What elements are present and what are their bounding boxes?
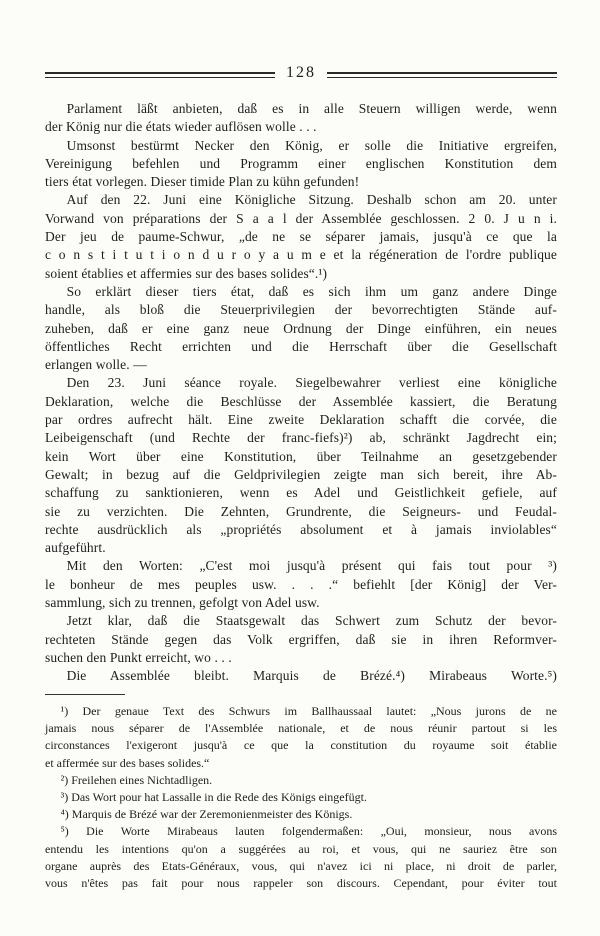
text-line: schaffung zu sanktionieren, wenn es Adel… [45,484,557,502]
text-line: handle, als bloß die Steuerprivilegien d… [45,301,557,319]
page-header: 128 [45,67,557,83]
text-line: Gewalt; in bezug auf die Geldprivilegien… [45,466,557,484]
paragraph: Auf den 22. Juni eine Königliche Sitzung… [45,191,557,282]
main-text: Parlament läßt anbieten, daß es in alle … [45,100,557,686]
text-line: ¹) Der genaue Text des Schwurs im Ballha… [45,703,557,720]
text-line: öffentliches Recht errichten und die Her… [45,338,557,356]
text-line: Umsonst bestürmt Necker den König, er so… [45,137,557,155]
page-number: 128 [286,65,316,81]
text-line: Vorwand von préparations der S a a l der… [45,210,557,228]
footnote: ²) Freilehen eines Nichtadligen. [45,772,557,789]
text-line: soient établies et affermies sur des bas… [45,265,557,283]
text-line: organe auprès des Etats-Généraux, vous, … [45,858,557,875]
header-rule-right [327,72,557,78]
text-line: rechteten Stände gegen das Volk ergriffe… [45,631,557,649]
text-line: le bonheur de mes peuples usw. . . .“ be… [45,576,557,594]
text-line: Deklaration, welche die Beschlüsse der A… [45,393,557,411]
footnote: ⁴) Marquis de Brézé war der Zeremonienme… [45,806,557,823]
header-rule-left [45,72,275,78]
text-line: entendu les intentions qu'on a suggérées… [45,841,557,858]
text-line: kein Wort über eine Konstitution, über T… [45,448,557,466]
text-line: ⁴) Marquis de Brézé war der Zeremonienme… [45,806,557,823]
paragraph: Die Assemblée bleibt. Marquis de Brézé.⁴… [45,667,557,685]
text-line: Jetzt klar, daß die Staatsgewalt das Sch… [45,612,557,630]
text-line: ³) Das Wort pour hat Lassalle in die Red… [45,789,557,806]
text-line: circonstances l'exigeront jusqu'à ce que… [45,737,557,754]
text-line: par ordres aufrecht hält. Eine zweite De… [45,411,557,429]
paragraph: Jetzt klar, daß die Staatsgewalt das Sch… [45,612,557,667]
text-line: ²) Freilehen eines Nichtadligen. [45,772,557,789]
text-line: sammlung, sich zu trennen, gefolgt von A… [45,594,557,612]
text-line: Auf den 22. Juni eine Königliche Sitzung… [45,191,557,209]
paragraph: Mit den Worten: „C'est moi jusqu'à prése… [45,557,557,612]
text-line: jamais nous séparer de l'Assemblée natio… [45,720,557,737]
text-line: Den 23. Juni séance royale. Siegelbewahr… [45,374,557,392]
text-line: tiers état vorlegen. Dieser timide Plan … [45,173,557,191]
paragraph: Umsonst bestürmt Necker den König, er so… [45,137,557,192]
text-line: erlangen wolle. — [45,356,557,374]
footnotes: ¹) Der genaue Text des Schwurs im Ballha… [45,703,557,892]
footnote-separator [45,694,125,695]
text-line: suchen den Punkt erreicht, wo . . . [45,649,557,667]
text-line: sie zu verzichten. Die Zehnten, Grundren… [45,503,557,521]
text-line: Vereinigung befehlen und Programm einer … [45,155,557,173]
text-line: rechte ausdrücklich als „propriétés abso… [45,521,557,539]
footnote: ⁵) Die Worte Mirabeaus lauten folgenderm… [45,823,557,892]
footnote: ³) Das Wort pour hat Lassalle in die Red… [45,789,557,806]
book-page: 128 Parlament läßt anbieten, daß es in a… [0,0,600,936]
text-line: et affermée sur des bases solides.“ [45,755,557,772]
text-line: zuheben, daß er eine ganz neue Ordnung d… [45,320,557,338]
text-line: Parlament läßt anbieten, daß es in alle … [45,100,557,118]
paragraph: So erklärt dieser tiers état, daß es sic… [45,283,557,374]
text-line: der König nur die états wieder auflösen … [45,118,557,136]
paragraph: Parlament läßt anbieten, daß es in alle … [45,100,557,137]
text-line: Die Assemblée bleibt. Marquis de Brézé.⁴… [45,667,557,685]
text-line: Leibeigenschaft (und Rechte der franc-fi… [45,429,557,447]
text-line: Der jeu de paume-Schwur, „de ne se sépar… [45,228,557,246]
footnote: ¹) Der genaue Text des Schwurs im Ballha… [45,703,557,772]
paragraph: Den 23. Juni séance royale. Siegelbewahr… [45,374,557,557]
text-line: Mit den Worten: „C'est moi jusqu'à prése… [45,557,557,575]
text-line: ⁵) Die Worte Mirabeaus lauten folgenderm… [45,823,557,840]
text-line: So erklärt dieser tiers état, daß es sic… [45,283,557,301]
text-line: vous n'êtes pas fait pour nous rappeler … [45,875,557,892]
text-line: aufgeführt. [45,539,557,557]
text-line: c o n s t i t u t i o n d u r o y a u m … [45,246,557,264]
